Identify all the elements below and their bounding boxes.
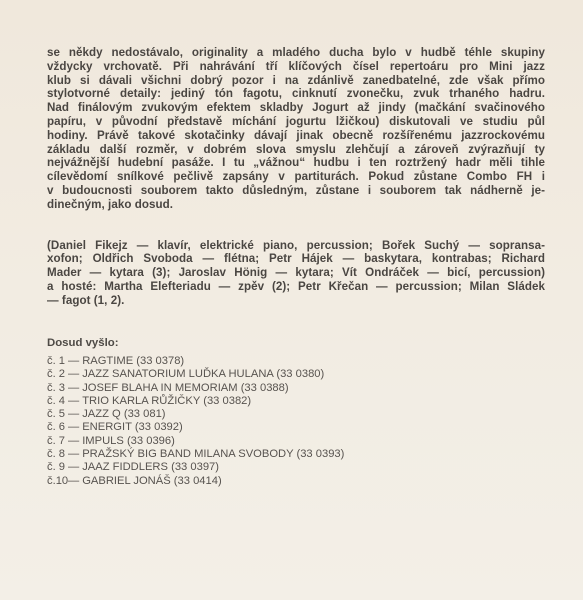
item-title: JAAZ FIDDLERS xyxy=(82,461,168,473)
released-list-item: č. 9—JAAZ FIDDLERS (33 0397) xyxy=(47,461,344,474)
text-line: papíru, v původní představě míchání jogu… xyxy=(47,115,545,129)
text-line: hodiny. Právě takové skotačinky dávají j… xyxy=(47,129,545,143)
item-catalog-number: (33 0393) xyxy=(293,448,344,460)
text-line: dinečným, jako dosud. xyxy=(47,198,545,212)
em-dash: — xyxy=(68,368,79,380)
item-catalog-number: (33 0397) xyxy=(168,461,219,473)
article-paragraph: se někdy nedostávalo, originality a mlad… xyxy=(47,46,545,212)
item-title: TRIO KARLA RŮŽIČKY xyxy=(82,395,200,407)
released-list-item: č. 4—TRIO KARLA RŮŽIČKY (33 0382) xyxy=(47,395,344,408)
item-title: GABRIEL JONÁŠ xyxy=(82,475,171,487)
liner-notes-page: se někdy nedostávalo, originality a mlad… xyxy=(47,46,545,308)
text-line: nejvážnější hudební pasáže. I tu „vážnou… xyxy=(47,156,545,170)
text-line: klub si dávali všichni dobrý pozor i na … xyxy=(47,74,545,88)
item-catalog-number: (33 0388) xyxy=(238,382,289,394)
item-number: č. 5 xyxy=(47,408,65,421)
em-dash: — xyxy=(68,461,79,473)
item-number: č. 2 xyxy=(47,368,65,381)
released-list-title: Dosud vyšlo: xyxy=(47,337,344,349)
released-list: č. 1—RAGTIME (33 0378)č. 2—JAZZ SANATORI… xyxy=(47,355,344,488)
em-dash: — xyxy=(68,395,79,407)
item-number: č. 1 xyxy=(47,355,65,368)
item-catalog-number: (33 081) xyxy=(121,408,166,420)
text-line: vždycky vrchovatě. Při nahrávání tří klí… xyxy=(47,60,545,74)
item-title: ENERGIT xyxy=(82,421,132,433)
released-list-item: č. 6—ENERGIT (33 0392) xyxy=(47,421,344,434)
item-title: JAZZ SANATORIUM LUĎKA HULANA xyxy=(82,368,273,380)
released-list-block: Dosud vyšlo: č. 1—RAGTIME (33 0378)č. 2—… xyxy=(47,337,344,488)
em-dash: — xyxy=(68,435,79,447)
credits-paragraph: (Daniel Fikejz — klavír, elektrické pian… xyxy=(47,239,545,308)
text-line: cílevědomí snílkové pečlivě zapsány v pa… xyxy=(47,170,545,184)
item-number: č. 3 xyxy=(47,382,65,395)
item-catalog-number: (33 0396) xyxy=(124,435,175,447)
item-title: IMPULS xyxy=(82,435,124,447)
item-catalog-number: (33 0380) xyxy=(273,368,324,380)
em-dash: — xyxy=(68,475,79,487)
text-line: v budoucnosti souborem takto důsledným, … xyxy=(47,184,545,198)
item-number: č. 4 xyxy=(47,395,65,408)
item-catalog-number: (33 0392) xyxy=(132,421,183,433)
item-number: č. 7 xyxy=(47,435,65,448)
item-number: č. 8 xyxy=(47,448,65,461)
released-list-item: č. 1—RAGTIME (33 0378) xyxy=(47,355,344,368)
text-line: Mader — kytara (3); Jaroslav Hönig — kyt… xyxy=(47,266,545,280)
item-catalog-number: (33 0414) xyxy=(171,475,222,487)
item-number: č. 9 xyxy=(47,461,65,474)
released-list-item: č.10—GABRIEL JONÁŠ (33 0414) xyxy=(47,475,344,488)
text-line: základu další rozměr, v dobrém slova smy… xyxy=(47,143,545,157)
item-title: JOSEF BLAHA IN MEMORIAM xyxy=(82,382,237,394)
text-line: se někdy nedostávalo, originality a mlad… xyxy=(47,46,545,60)
em-dash: — xyxy=(68,382,79,394)
em-dash: — xyxy=(68,355,79,367)
item-number: č. 6 xyxy=(47,421,65,434)
item-catalog-number: (33 0382) xyxy=(200,395,251,407)
text-line: (Daniel Fikejz — klavír, elektrické pian… xyxy=(47,239,545,253)
text-line: stylotvorné detaily: jediný tón fagotu, … xyxy=(47,87,545,101)
released-list-item: č. 5—JAZZ Q (33 081) xyxy=(47,408,344,421)
em-dash: — xyxy=(68,421,79,433)
released-list-item: č. 2—JAZZ SANATORIUM LUĎKA HULANA (33 03… xyxy=(47,368,344,381)
released-list-item: č. 8—PRAŽSKÝ BIG BAND MILANA SVOBODY (33… xyxy=(47,448,344,461)
item-title: PRAŽSKÝ BIG BAND MILANA SVOBODY xyxy=(82,448,293,460)
text-line: Nad finálovým zvukovým efektem skladby J… xyxy=(47,101,545,115)
item-title: RAGTIME xyxy=(82,355,133,367)
released-list-item: č. 7—IMPULS (33 0396) xyxy=(47,435,344,448)
released-list-item: č. 3—JOSEF BLAHA IN MEMORIAM (33 0388) xyxy=(47,382,344,395)
em-dash: — xyxy=(68,448,79,460)
text-line: — fagot (1, 2). xyxy=(47,294,545,308)
text-line: xofon; Oldřich Svoboda — flétna; Petr Há… xyxy=(47,252,545,266)
em-dash: — xyxy=(68,408,79,420)
item-title: JAZZ Q xyxy=(82,408,121,420)
text-line: a hosté: Martha Elefteriadu — zpěv (2); … xyxy=(47,280,545,294)
item-catalog-number: (33 0378) xyxy=(133,355,184,367)
item-number: č.10 xyxy=(47,475,65,488)
